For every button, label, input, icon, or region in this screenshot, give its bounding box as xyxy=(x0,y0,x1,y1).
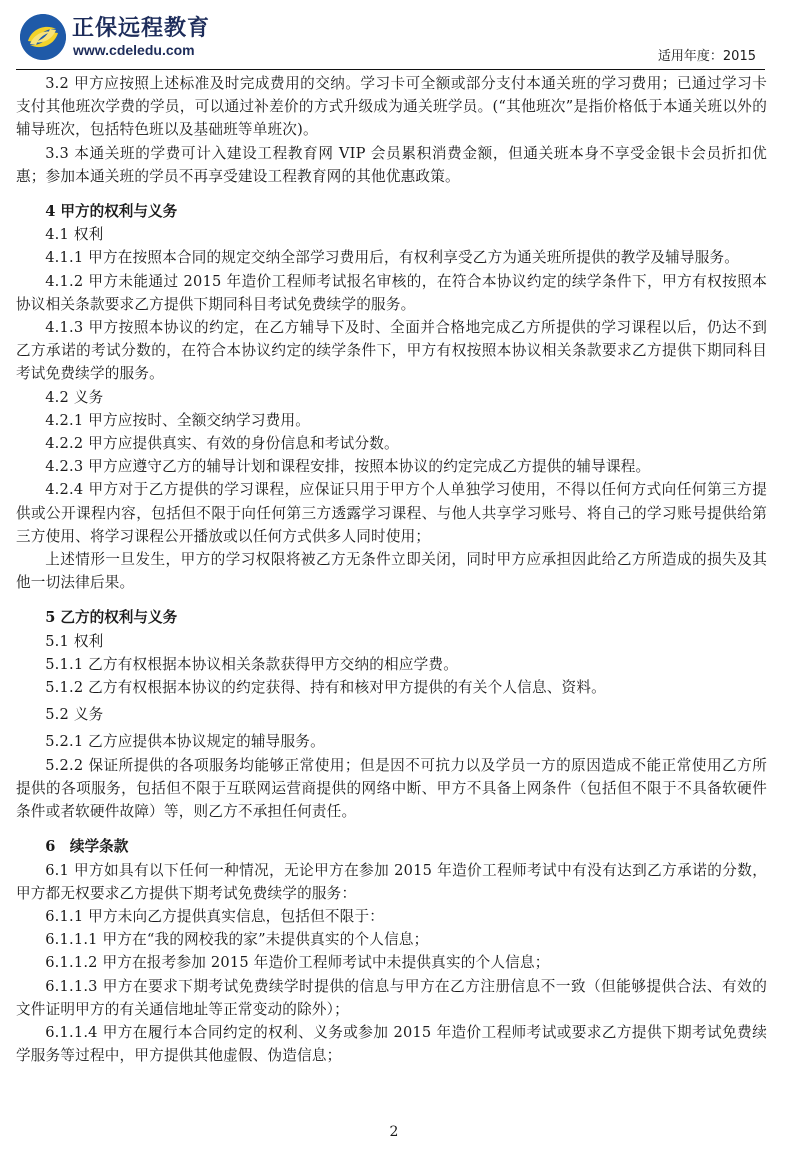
header-divider xyxy=(16,69,765,70)
clause-4-2-4-consequence: 上述情形一旦发生，甲方的学习权限将被乙方无条件立即关闭，同时甲方应承担因此给乙方… xyxy=(16,548,767,594)
clause-4-1-2: 4.1.2 甲方未能通过 2015 年造价工程师考试报名审核的，在符合本协议约定… xyxy=(16,270,767,316)
section-5-title: 5 乙方的权利与义务 xyxy=(16,606,767,629)
clause-5-2-1: 5.2.1 乙方应提供本协议规定的辅导服务。 xyxy=(16,730,767,753)
clause-4-2-1: 4.2.1 甲方应按时、全额交纳学习费用。 xyxy=(16,409,767,432)
clause-4-2-4: 4.2.4 甲方对于乙方提供的学习课程，应保证只用于甲方个人单独学习使用，不得以… xyxy=(16,478,767,548)
page-number: 2 xyxy=(0,1124,788,1140)
clause-4-2-heading: 4.2 义务 xyxy=(16,386,767,409)
clause-5-1-2: 5.1.2 乙方有权根据本协议的约定获得、持有和核对甲方提供的有关个人信息、资料… xyxy=(16,676,767,699)
section-6-title: 6 续学条款 xyxy=(16,835,767,858)
clause-6-1-1-1: 6.1.1.1 甲方在“我的网校我的家”未提供真实的个人信息； xyxy=(16,928,767,951)
clause-5-1-1: 5.1.1 乙方有权根据本协议相关条款获得甲方交纳的相应学费。 xyxy=(16,653,767,676)
clause-4-1-1: 4.1.1 甲方在按照本合同的规定交纳全部学习费用后，有权利享受乙方为通关班所提… xyxy=(16,246,767,269)
clause-4-2-2: 4.2.2 甲方应提供真实、有效的身份信息和考试分数。 xyxy=(16,432,767,455)
document-body: 3.2 甲方应按照上述标准及时完成费用的交纳。学习卡可全额或部分支付本通关班的学… xyxy=(16,72,767,1067)
clause-6-1-1: 6.1.1 甲方未向乙方提供真实信息，包括但不限于： xyxy=(16,905,767,928)
brand-url: www.cdeledu.com xyxy=(73,42,195,58)
clause-4-1-heading: 4.1 权利 xyxy=(16,223,767,246)
clause-5-2-2: 5.2.2 保证所提供的各项服务均能够正常使用；但是因不可抗力以及学员一方的原因… xyxy=(16,754,767,824)
clause-5-1-heading: 5.1 权利 xyxy=(16,630,767,653)
page-header: 正保远程教育 www.cdeledu.com 适用年度：2015 xyxy=(0,0,788,70)
section-4-title: 4 甲方的权利与义务 xyxy=(16,200,767,223)
clause-6-1: 6.1 甲方如具有以下任何一种情况，无论甲方在参加 2015 年造价工程师考试中… xyxy=(16,859,767,905)
cdeledu-logo-icon xyxy=(20,14,66,60)
applicable-year-label: 适用年度：2015 xyxy=(658,49,756,65)
clause-6-1-1-3: 6.1.1.3 甲方在要求下期考试免费续学时提供的信息与甲方在乙方注册信息不一致… xyxy=(16,975,767,1021)
clause-6-1-1-4: 6.1.1.4 甲方在履行本合同约定的权利、义务或参加 2015 年造价工程师考… xyxy=(16,1021,767,1067)
clause-3-3: 3.3 本通关班的学费可计入建设工程教育网 VIP 会员累积消费金额，但通关班本… xyxy=(16,142,767,188)
clause-4-1-3: 4.1.3 甲方按照本协议的约定，在乙方辅导下及时、全面并合格地完成乙方所提供的… xyxy=(16,316,767,386)
clause-3-2: 3.2 甲方应按照上述标准及时完成费用的交纳。学习卡可全额或部分支付本通关班的学… xyxy=(16,72,767,142)
brand-name: 正保远程教育 xyxy=(72,17,210,41)
clause-6-1-1-2: 6.1.1.2 甲方在报考参加 2015 年造价工程师考试中未提供真实的个人信息… xyxy=(16,951,767,974)
clause-5-2-heading: 5.2 义务 xyxy=(16,703,767,726)
clause-4-2-3: 4.2.3 甲方应遵守乙方的辅导计划和课程安排，按照本协议的约定完成乙方提供的辅… xyxy=(16,455,767,478)
